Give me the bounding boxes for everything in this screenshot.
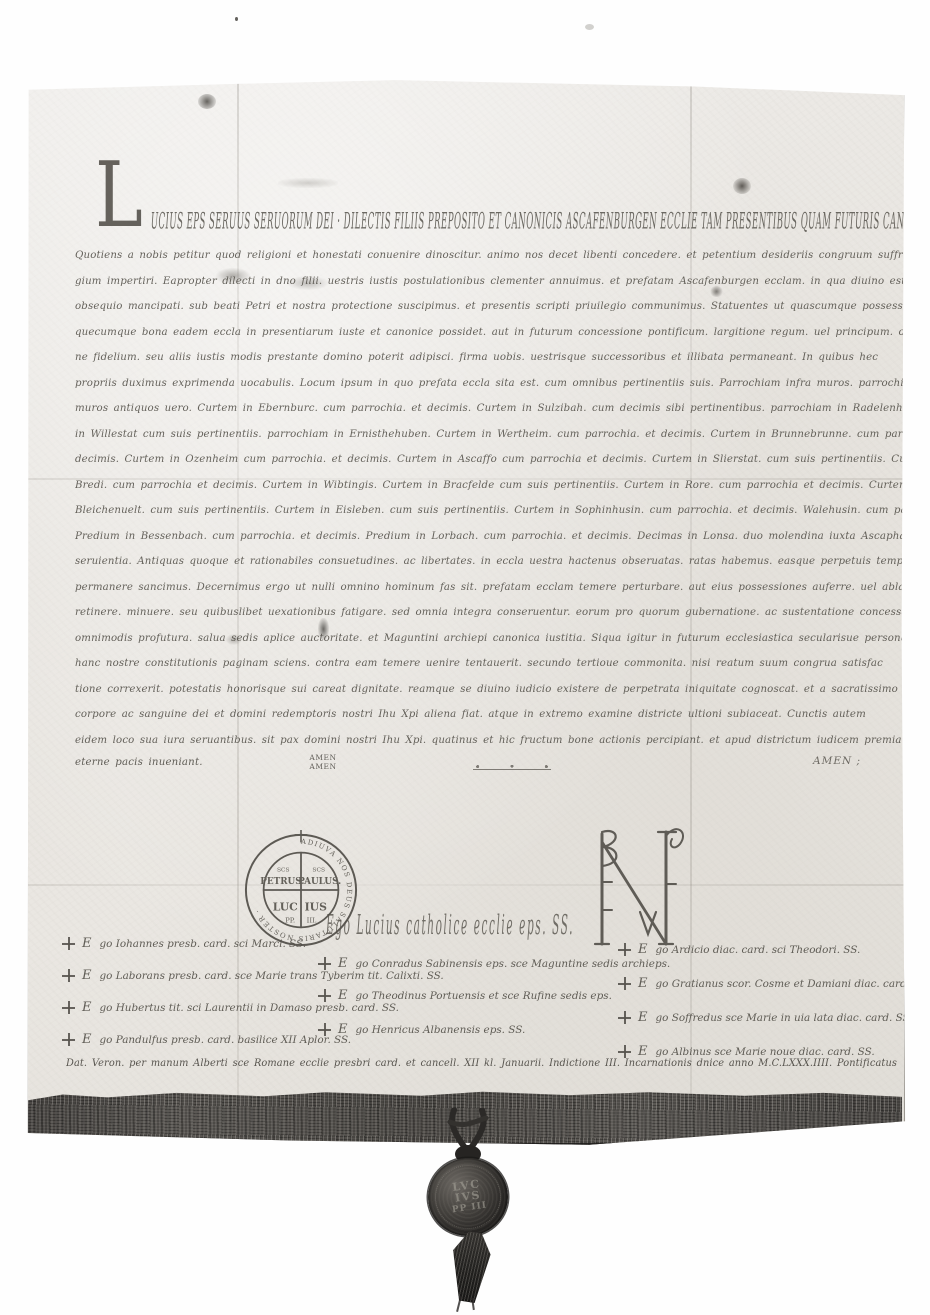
charter-body: Quotiens a nobis petitur quod religioni … [75,243,903,753]
signature-row: Ego Henricus Albanensis eps. SS. [318,1022,525,1037]
signature-text: go Conradus Sabinensis eps. sce Maguntin… [356,958,671,970]
body-line: seruientia. Antiquas quoque et rationabi… [75,549,903,575]
body-line: Bleichenuelt. cum suis pertinentiis. Cur… [75,498,903,524]
rota-luc: LUC [273,901,298,914]
seal-tassel [442,1229,498,1305]
body-line: tione correxerit. potestatis honorisque … [75,677,903,703]
body-line: omnimodis profutura. salua sedis aplice … [75,626,903,652]
amen-block: AMEN AMEN [303,753,343,771]
signature-row: Ego Albinus sce Marie noue diac. card. S… [618,1044,875,1059]
body-line: Quotiens a nobis petitur quod religioni … [75,243,903,269]
signature-ego: E [338,988,348,1003]
signature-ego: E [338,956,348,971]
signature-ego: E [82,1000,92,1015]
signature-ego: E [638,976,648,991]
signature-ego: E [638,942,648,957]
signature-text: go Soffredus sce Marie in uia lata diac.… [656,1012,913,1024]
cross-icon [62,937,75,950]
speck [235,17,238,21]
body-line: obsequio mancipati. sub beati Petri et n… [75,294,903,320]
rota-ius: IUS [305,901,327,914]
seal-legend: LVC IVS PP III [423,1153,513,1241]
body-line: hanc nostre constitutionis paginam scien… [75,651,903,677]
initial-letter: L [95,155,143,236]
body-line: in Willestat cum suis pertinentiis. parr… [75,422,903,448]
cross-icon [618,943,631,956]
signature-ego: E [638,1044,648,1059]
signature-row: Ego Gratianus scor. Cosme et Damiani dia… [618,976,930,991]
body-line: muros antiquos uero. Curtem in Ebernburc… [75,396,903,422]
parchment: L UCIUS EPS SERUUS SERUORUM DEI · DILECT… [26,78,906,1148]
cross-icon [62,969,75,982]
signature-text: go Gratianus scor. Cosme et Damiani diac… [656,978,930,990]
closing-text: eterne pacis inueniant. [75,757,203,768]
signature-row: Ego Conradus Sabinensis eps. sce Magunti… [318,956,670,971]
cross-icon [618,1011,631,1024]
body-line: Predium in Bessenbach. cum parrochia. et… [75,524,903,550]
dateline: Dat. Veron. per manum Alberti sce Romane… [66,1058,902,1080]
signature-text: go Ardicio diac. card. sci Theodori. SS. [656,944,861,956]
signature-ego: E [82,968,92,983]
signature-text: go Theodinus Portuensis et sce Rufine se… [356,990,612,1002]
bene-valete-monogram [586,820,684,952]
seal-thread [456,1296,462,1312]
cross-icon [62,1033,75,1046]
signature-text: go Albinus sce Marie noue diac. card. SS… [656,1046,875,1058]
cross-icon [62,1001,75,1014]
body-line: Bredi. cum parrochia et decimis. Curtem … [75,473,903,499]
body-line: gium impertiri. Eapropter dilecti in dno… [75,269,903,295]
protocol-line: L UCIUS EPS SERUUS SERUORUM DEI · DILECT… [95,140,907,236]
body-line: eidem loco sua iura seruantibus. sit pax… [75,728,903,754]
signature-ego: E [638,1010,648,1025]
signature-ego: E [82,936,92,951]
body-line: propriis duximus exprimenda uocabulis. L… [75,371,903,397]
rota-scs-left: SCS [277,867,290,873]
signature-row: Ego Ardicio diac. card. sci Theodori. SS… [618,942,860,957]
signature-row: Ego Iohannes presb. card. sci Marci. SS. [62,936,306,951]
signature-text: go Laborans presb. card. sce Marie trans… [100,970,444,982]
cross-icon [618,977,631,990]
signature-row: Ego Theodinus Portuensis et sce Rufine s… [318,988,612,1003]
closing-row: eterne pacis inueniant. AMEN AMEN AMEN ; [75,753,903,779]
signature-text: go Iohannes presb. card. sci Marci. SS. [100,938,307,950]
seal-bulla: LVC IVS PP III [423,1153,513,1241]
flourish-mark [473,765,551,773]
signature-text: go Hubertus tit. sci Laurentii in Damaso… [100,1002,399,1014]
signature-ego: E [338,1022,348,1037]
scanned-charter: L UCIUS EPS SERUUS SERUORUM DEI · DILECT… [0,0,930,1315]
body-line: ne fidelium. seu aliis iustis modis pres… [75,345,903,371]
rota-scs-right: SCS [312,867,325,873]
signature-text: go Henricus Albanensis eps. SS. [356,1024,526,1036]
body-line: retinere. minuere. seu quibuslibet uexat… [75,600,903,626]
signature-text: go Pandulfus presb. card. basilice XII A… [100,1034,352,1046]
cross-icon [318,989,331,1002]
rota-iii: III. [307,916,317,924]
ink-stain [198,94,216,109]
signature-ego: E [82,1032,92,1047]
speck [585,24,594,30]
body-line: permanere sancimus. Decernimus ergo ut n… [75,575,903,601]
cross-icon [318,1023,331,1036]
body-line: corpore ac sanguine dei et domini redemp… [75,702,903,728]
protocol-elongata: UCIUS EPS SERUUS SERUORUM DEI · DILECTIS… [151,211,930,237]
rota-pp: PP. [285,916,295,924]
signature-row: Ego Soffredus sce Marie in uia lata diac… [618,1010,913,1025]
amen-right: AMEN ; [813,755,861,767]
cross-icon [618,1045,631,1058]
pope-subscription: Ego Lucius catholice ecclie eps. SS. [326,850,626,942]
cross-icon [318,957,331,970]
body-line: decimis. Curtem in Ozenheim cum parrochi… [75,447,903,473]
signature-row: Ego Pandulfus presb. card. basilice XII … [62,1032,351,1047]
body-line: quecumque bona eadem eccla in presentiar… [75,320,903,346]
